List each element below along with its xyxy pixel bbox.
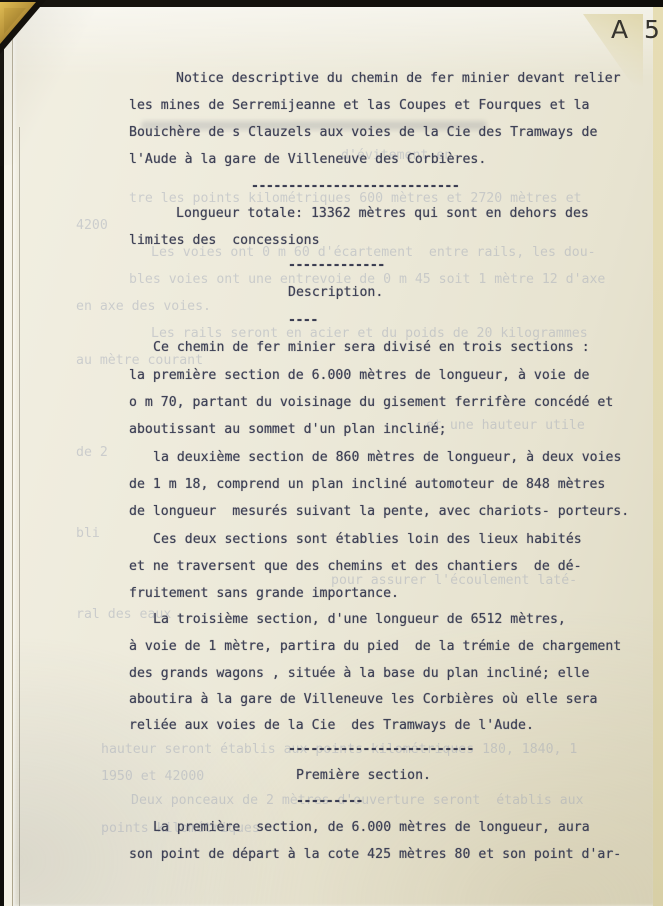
ghost-text-line: bli	[76, 525, 100, 543]
text-line: Description.	[288, 284, 383, 302]
page-number-label: A 5	[611, 15, 663, 44]
dashed-separator: ---------	[296, 793, 363, 811]
text-line: limites des concessions	[129, 232, 320, 250]
text-line: La première section, de 6.000 mètres de …	[153, 819, 590, 837]
text-line: l'Aude à la gare de Villeneuve des Corbi…	[129, 151, 486, 169]
text-line: son point de départ à la cote 425 mètres…	[129, 846, 621, 864]
page-edge-line	[19, 127, 20, 906]
text-line: o m 70, partant du voisinage du gisement…	[129, 394, 613, 412]
dashed-separator: ----	[288, 312, 318, 330]
binding-edge	[40, 0, 663, 7]
ghost-text-line: en axe des voies.	[76, 298, 211, 316]
text-line: des grands wagons , située à la base du …	[129, 665, 590, 683]
ghost-text-line: et une hauteur utile	[426, 417, 585, 435]
ghost-text-line: 1950 et 42000	[101, 768, 204, 786]
ghost-text-line: 4200	[76, 217, 108, 235]
dashed-separator: ----------------------------	[251, 178, 459, 196]
dashed-separator: -------------------------	[288, 741, 474, 759]
text-line: Première section.	[296, 767, 431, 785]
text-line: et ne traversent que des chemins et des …	[129, 558, 582, 576]
text-line: Notice descriptive du chemin de fer mini…	[176, 70, 621, 88]
scanned-document-photo: A 5 d'évitement en-tre les points kilomé…	[0, 0, 663, 906]
text-line: aboutira à la gare de Villeneuve les Cor…	[129, 691, 597, 709]
text-line: aboutissant au sommet d'un plan incliné;	[129, 421, 447, 439]
text-line: les mines de Serremijeanne et las Coupes…	[129, 97, 590, 115]
text-line: la première section de 6.000 mètres de l…	[129, 367, 590, 385]
text-line: la deuxième section de 860 mètres de lon…	[153, 449, 621, 467]
text-line: reliée aux voies de la Cie des Tramways …	[129, 717, 534, 735]
text-line: Ces deux sections sont établies loin des…	[153, 531, 582, 549]
ghost-text-line: de 2	[76, 444, 108, 462]
dashed-separator: -------------	[288, 257, 385, 275]
text-line: Longueur totale: 13362 mètres qui sont e…	[176, 205, 589, 223]
text-line: de longueur mesurés suivant la pente, av…	[129, 503, 629, 521]
document-page: A 5 d'évitement en-tre les points kilomé…	[12, 7, 653, 906]
text-line: Bouichère de s Clauzels aux voies de la …	[129, 124, 597, 142]
text-line: La troisième section, d'une longueur de …	[153, 611, 566, 629]
text-line: Ce chemin de fer minier sera divisé en t…	[153, 339, 590, 357]
text-line: à voie de 1 mètre, partira du pied de la…	[129, 638, 621, 656]
text-line: de 1 m 18, comprend un plan incliné auto…	[129, 476, 605, 494]
text-line: fruitement sans grande importance.	[129, 585, 399, 603]
